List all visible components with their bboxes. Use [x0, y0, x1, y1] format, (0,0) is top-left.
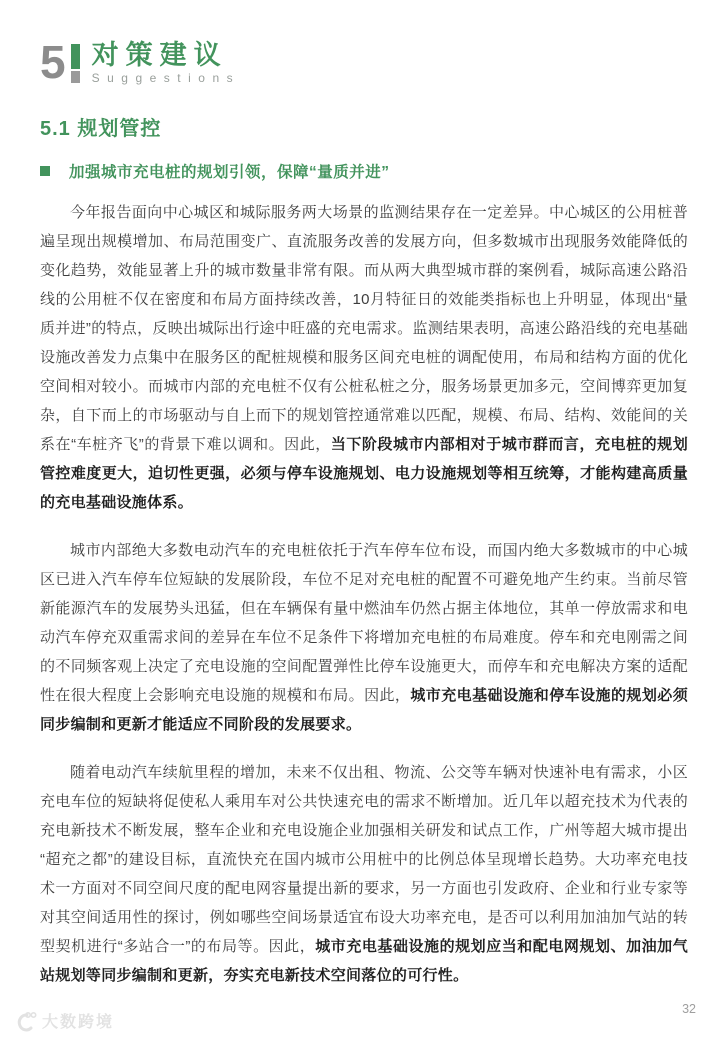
chapter-number: 5 — [40, 42, 66, 82]
paragraph-text: 城市内部绝大多数电动汽车的充电桩依托于汽车停车位布设，而国内绝大多数城市的中心城… — [40, 542, 688, 704]
content-column: 5 对策建议 Suggestions 5.1 规划管控 加强城市充电桩的规划引领… — [40, 42, 688, 1009]
chapter-header: 5 对策建议 Suggestions — [40, 42, 688, 85]
section-title: 5.1 规划管控 — [40, 112, 688, 141]
paragraph-text: 今年报告面向中心城区和城际服务两大场景的监测结果存在一定差异。中心城区的公用桩普… — [40, 204, 688, 453]
paragraph: 随着电动汽车续航里程的增加，未来不仅出租、物流、公交等车辆对快速补电有需求，小区… — [40, 758, 688, 990]
bullet-square-icon — [40, 166, 50, 176]
bullet-heading-row: 加强城市充电桩的规划引领，保障“量质并进” — [40, 160, 688, 182]
brand-logo-icon — [13, 1010, 37, 1032]
paragraph-text: 随着电动汽车续航里程的增加，未来不仅出租、物流、公交等车辆对快速补电有需求，小区… — [40, 764, 688, 955]
watermark-logo: 大数跨境 — [13, 1009, 114, 1032]
body-text: 今年报告面向中心城区和城际服务两大场景的监测结果存在一定差异。中心城区的公用桩普… — [40, 198, 688, 990]
divider-bar-gray-segment — [71, 71, 80, 83]
chapter-subtitle: Suggestions — [92, 71, 241, 85]
paragraph: 城市内部绝大多数电动汽车的充电桩依托于汽车停车位布设，而国内绝大多数城市的中心城… — [40, 536, 688, 739]
page-number: 32 — [682, 1002, 696, 1016]
chapter-titles: 对策建议 Suggestions — [92, 42, 241, 85]
chapter-divider-bar — [71, 44, 80, 83]
report-page: 5 对策建议 Suggestions 5.1 规划管控 加强城市充电桩的规划引领… — [0, 0, 720, 1040]
bullet-heading: 加强城市充电桩的规划引领，保障“量质并进” — [69, 160, 390, 182]
divider-bar-green-segment — [71, 44, 80, 69]
watermark-logo-text: 大数跨境 — [42, 1009, 114, 1032]
paragraph: 今年报告面向中心城区和城际服务两大场景的监测结果存在一定差异。中心城区的公用桩普… — [40, 198, 688, 517]
chapter-title: 对策建议 — [92, 42, 241, 69]
